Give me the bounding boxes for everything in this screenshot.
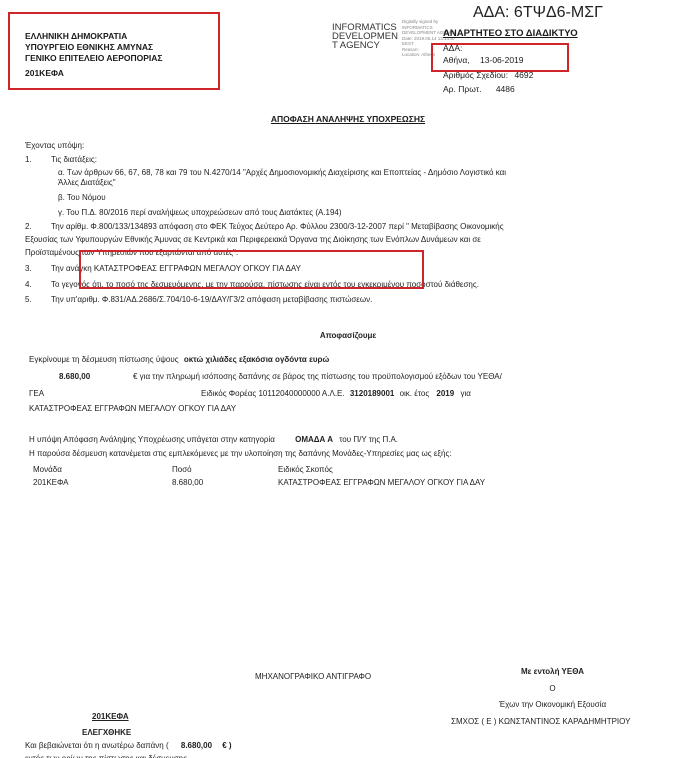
item-2-text: Την αρίθμ. Φ.800/133/134893 απόφαση στο … xyxy=(51,222,504,231)
considerations-intro: Έχοντας υπόψη: xyxy=(25,141,84,150)
approval-line: Εγκρίνουμε τη δέσμευση πίστωσης ύψους οκ… xyxy=(29,355,329,364)
table-cell-amount: 8.680,00 xyxy=(172,478,203,487)
for-label: για xyxy=(460,389,470,398)
posting-notice: ΑΝΑΡΤΗΤΕΟ ΣΤΟ ΔΙΑΔΙΚΤΥΟ xyxy=(443,28,578,39)
org-line-ministry: ΥΠΟΥΡΓΕΙΟ ΕΘΝΙΚΗΣ ΑΜΥΝΑΣ xyxy=(25,42,163,53)
category-text: Η υπόψη Απόφαση Ανάληψης Υποχρέωσης υπάγ… xyxy=(29,435,275,444)
item-1-text: Τις διατάξεις: xyxy=(51,155,97,164)
protocol-number-row: Αρ. Πρωτ. 4486 xyxy=(443,84,515,94)
item-5-num: 5. xyxy=(25,295,32,304)
signature-by-order: Με εντολή ΥΕΘΑ xyxy=(505,667,600,676)
document-date: 13-06-2019 xyxy=(480,55,523,65)
item-1a-text: α. Των άρθρων 66, 67, 68, 78 και 79 του … xyxy=(58,168,506,177)
table-cell-purpose: ΚΑΤΑΣΤΡΟΦΕΑΣ ΕΓΓΡΑΦΩΝ ΜΕΓΑΛΟΥ ΟΓΚΟΥ ΓΙΑ … xyxy=(278,478,485,487)
check-unit: 201ΚΕΦΑ xyxy=(92,712,129,721)
ale-code: 3120189001 xyxy=(350,389,395,398)
item-1c-text: γ. Του Π.Δ. 80/2016 περί αναλήψεως υποχρ… xyxy=(58,208,342,217)
col-header-unit: Μονάδα xyxy=(33,465,62,474)
amount-in-words: οκτώ χιλιάδες εξακόσια ογδόντα ευρώ xyxy=(184,355,329,364)
date-row: Αθήνα, 13-06-2019 xyxy=(443,55,524,65)
certify-line: Και βεβαιώνεται ότι η ανωτέρω δαπάνη ( 8… xyxy=(25,741,232,750)
item-4-text: Το γεγονός ότι, το ποσό της δεσμευόμενης… xyxy=(51,280,479,289)
draft-number: 4692 xyxy=(514,70,533,80)
issuing-unit: 201ΚΕΦΑ xyxy=(25,68,64,78)
special-body-label: Ειδικός Φορέας xyxy=(201,389,256,398)
ada-label: ΑΔΑ: xyxy=(443,43,462,53)
item-1a-cont: Άλλες Διατάξεις" xyxy=(58,178,116,187)
checked-status: ΕΛΕΓΧΘΗΚΕ xyxy=(82,728,131,737)
col-header-amount: Ποσό xyxy=(172,465,192,474)
place-label: Αθήνα, xyxy=(443,55,470,65)
machine-copy-label: ΜΗΧΑΝΟΓΡΑΦΙΚΟ ΑΝΤΙΓΡΑΦΟ xyxy=(255,672,371,681)
signatory-name: ΣΜΧΟΣ ( Ε ) ΚΩΝΣΤΑΝΤΙΝΟΣ ΚΑΡΑΔΗΜΗΤΡΙΟΥ xyxy=(451,717,630,726)
fiscal-year-label: οικ. έτος xyxy=(400,389,430,398)
table-cell-unit: 201ΚΕΦΑ xyxy=(33,478,69,487)
org-line-republic: ΕΛΛΗΝΙΚΗ ΔΗΜΟΚΡΑΤΙΑ xyxy=(25,31,163,42)
issuing-authority: ΕΛΛΗΝΙΚΗ ΔΗΜΟΚΡΑΤΙΑ ΥΠΟΥΡΓΕΙΟ ΕΘΝΙΚΗΣ ΑΜ… xyxy=(25,31,163,64)
certify-currency: € ) xyxy=(222,741,231,750)
col-header-purpose: Ειδικός Σκοπός xyxy=(278,465,333,474)
certify-text: Και βεβαιώνεται ότι η ανωτέρω δαπάνη ( xyxy=(25,741,169,750)
item-2-cont-2: Προϊσταμένους των Υπηρεσιών που εξαρτώντ… xyxy=(25,248,238,257)
item-2-cont-1: Εξουσίας των Υφυπουργών Εθνικής Άμυνας σ… xyxy=(25,235,481,244)
purpose-text: ΚΑΤΑΣΤΡΟΦΕΑΣ ΕΓΓΡΑΦΩΝ ΜΕΓΑΛΟΥ ΟΓΚΟΥ ΓΙΑ … xyxy=(29,404,236,413)
protocol-number: 4486 xyxy=(496,84,515,94)
budget-codes: Ειδικός Φορέας 10112040000000 Α.Λ.Ε. 312… xyxy=(201,389,471,398)
signature-authority: Έχων την Οικονομική Εξουσία xyxy=(480,700,625,709)
fiscal-year: 2019 xyxy=(436,389,454,398)
item-2-num: 2. xyxy=(25,222,32,231)
ada-code: ΑΔΑ: 6ΤΨΔ6-ΜΣΓ xyxy=(473,4,603,22)
category-value: ΟΜΑΔΑ Α xyxy=(295,435,333,444)
allocation-text: Η παρούσα δέσμευση κατανέμεται στις εμπλ… xyxy=(29,449,452,458)
approval-text: Εγκρίνουμε τη δέσμευση πίστωσης ύψους xyxy=(29,355,179,364)
draft-label: Αριθμός Σχεδίου: xyxy=(443,70,508,80)
draft-number-row: Αριθμός Σχεδίου: 4692 xyxy=(443,70,533,80)
certify-cutoff-text: εντός των ορίων της πίστωσης και δέσμευσ… xyxy=(25,754,187,758)
item-3-text: Την ανάγκη ΚΑΤΑΣΤΡΟΦΕΑΣ ΕΓΓΡΑΦΩΝ ΜΕΓΑΛΟΥ… xyxy=(51,264,301,273)
item-3-num: 3. xyxy=(25,264,32,273)
special-body-code: 10112040000000 xyxy=(258,389,320,398)
protocol-label: Αρ. Πρωτ. xyxy=(443,84,481,94)
certify-amount: 8.680,00 xyxy=(181,741,212,750)
category-suffix: του Π/Υ της Π.Α. xyxy=(339,435,398,444)
item-1-num: 1. xyxy=(25,155,32,164)
approved-amount: 8.680,00 xyxy=(59,372,90,381)
document-title: ΑΠΟΦΑΣΗ ΑΝΑΛΗΨΗΣ ΥΠΟΧΡΕΩΣΗΣ xyxy=(0,114,696,124)
digital-signer-name: INFORMATICS DEVELOPMEN T AGENCY xyxy=(332,23,398,50)
signer-line-3: T AGENCY xyxy=(332,41,398,50)
gea-label: ΓΕΑ xyxy=(29,389,44,398)
org-line-staff: ΓΕΝΙΚΟ ΕΠΙΤΕΛΕΙΟ ΑΕΡΟΠΟΡΙΑΣ xyxy=(25,53,163,64)
amount-description: € για την πληρωμή ισόποσης δαπάνης σε βά… xyxy=(133,372,502,381)
decision-heading: Αποφασίζουμε xyxy=(0,331,696,340)
signature-article: Ο xyxy=(505,684,600,693)
item-1b-text: β. Του Νόμου xyxy=(58,193,106,202)
item-5-text: Την υπ'αριθμ. Φ.831/ΑΔ.2686/Σ.704/10-6-1… xyxy=(51,295,372,304)
ale-label: Α.Λ.Ε. xyxy=(322,389,345,398)
certify-cutoff-line: εντός των ορίων της πίστωσης και δέσμευσ… xyxy=(25,754,195,758)
category-line: Η υπόψη Απόφαση Ανάληψης Υποχρέωσης υπάγ… xyxy=(29,435,398,444)
item-4-num: 4. xyxy=(25,280,32,289)
ada-label-text: ΑΔΑ: xyxy=(443,43,462,53)
